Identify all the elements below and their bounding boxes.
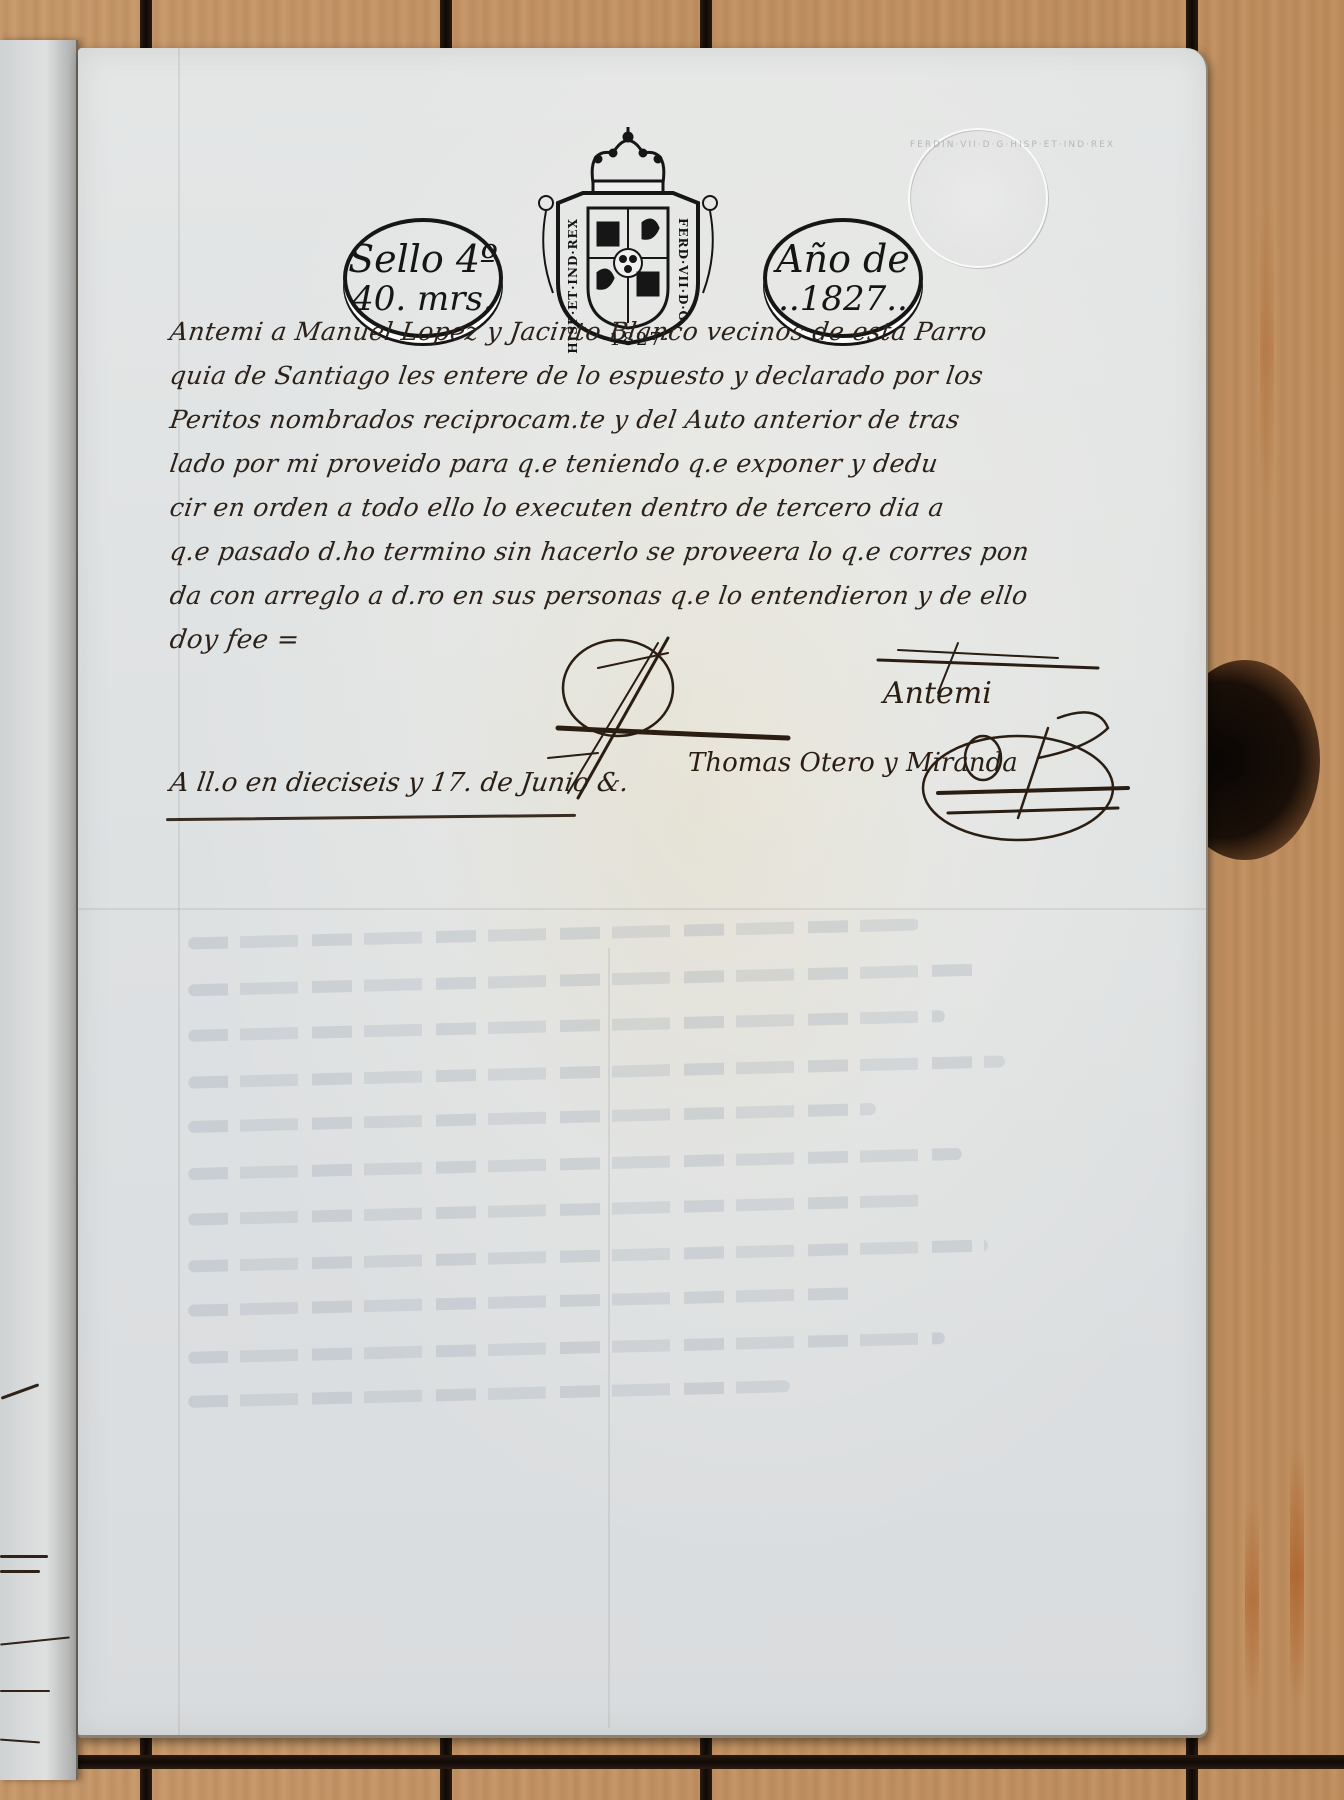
witness-rubric-icon bbox=[898, 708, 1138, 848]
manuscript-line: da con arreglo a d.ro en sus personas q.… bbox=[167, 574, 1133, 618]
paper-fold bbox=[78, 908, 1208, 910]
bleed-line bbox=[188, 1332, 945, 1364]
manuscript-line: Antemi a Manuel Lopez y Jacinto Blanco v… bbox=[167, 310, 1133, 354]
bleed-line bbox=[188, 1240, 988, 1273]
bleed-line bbox=[188, 1055, 1005, 1088]
embossed-seal-text: FERDIN·VII·D·G·HISP·ET·IND·REX bbox=[910, 140, 1046, 150]
date-underline bbox=[166, 814, 576, 821]
manuscript-line: cir en orden a todo ello lo executen den… bbox=[167, 486, 1133, 530]
bleed-line bbox=[188, 1103, 876, 1133]
crest-band-right-text: FERD·VII·D·G bbox=[676, 218, 690, 322]
handwriting-stroke bbox=[0, 1570, 40, 1573]
manuscript-line: lado por mi proveido para q.e teniendo q… bbox=[167, 442, 1133, 486]
manuscript-line: Peritos nombrados reciprocam.te y del Au… bbox=[167, 398, 1133, 442]
manuscript-line: quia de Santiago les entere de lo espues… bbox=[167, 354, 1133, 398]
stamp-class: Sello 4º bbox=[348, 238, 498, 280]
bleed-line bbox=[188, 1148, 962, 1180]
bleed-through-text bbox=[188, 928, 1048, 1648]
notary-rubric-icon bbox=[538, 628, 818, 808]
manuscript-body: Antemi a Manuel Lopez y Jacinto Blanco v… bbox=[170, 310, 1130, 662]
bleed-line bbox=[188, 1010, 945, 1042]
embossed-royal-seal-icon: FERDIN·VII·D·G·HISP·ET·IND·REX bbox=[908, 128, 1048, 268]
bleed-line bbox=[188, 1194, 928, 1225]
wood-stain bbox=[1260, 200, 1274, 500]
handwriting-stroke bbox=[0, 1739, 40, 1744]
wood-stain bbox=[1245, 1500, 1259, 1700]
document-page: Sello 4º 40. mrs. bbox=[78, 48, 1208, 1738]
plank-gap-horizontal bbox=[0, 1755, 1344, 1769]
bleed-line bbox=[188, 918, 919, 949]
bleed-line bbox=[188, 964, 979, 997]
handwriting-stroke bbox=[0, 1555, 48, 1558]
handwriting-stroke bbox=[1, 1383, 40, 1400]
handwriting-stroke bbox=[0, 1690, 50, 1692]
bleed-line bbox=[188, 1287, 859, 1317]
facing-page bbox=[0, 40, 78, 1780]
stamp-year-label: Año de bbox=[776, 238, 910, 280]
paper-fold bbox=[178, 48, 180, 1738]
manuscript-line: q.e pasado d.ho termino sin hacerlo se p… bbox=[167, 530, 1133, 574]
wood-stain bbox=[1290, 1450, 1304, 1700]
antemi-signature: Antemi bbox=[883, 676, 992, 711]
bleed-line bbox=[188, 1380, 790, 1408]
handwriting-stroke bbox=[0, 1636, 70, 1645]
